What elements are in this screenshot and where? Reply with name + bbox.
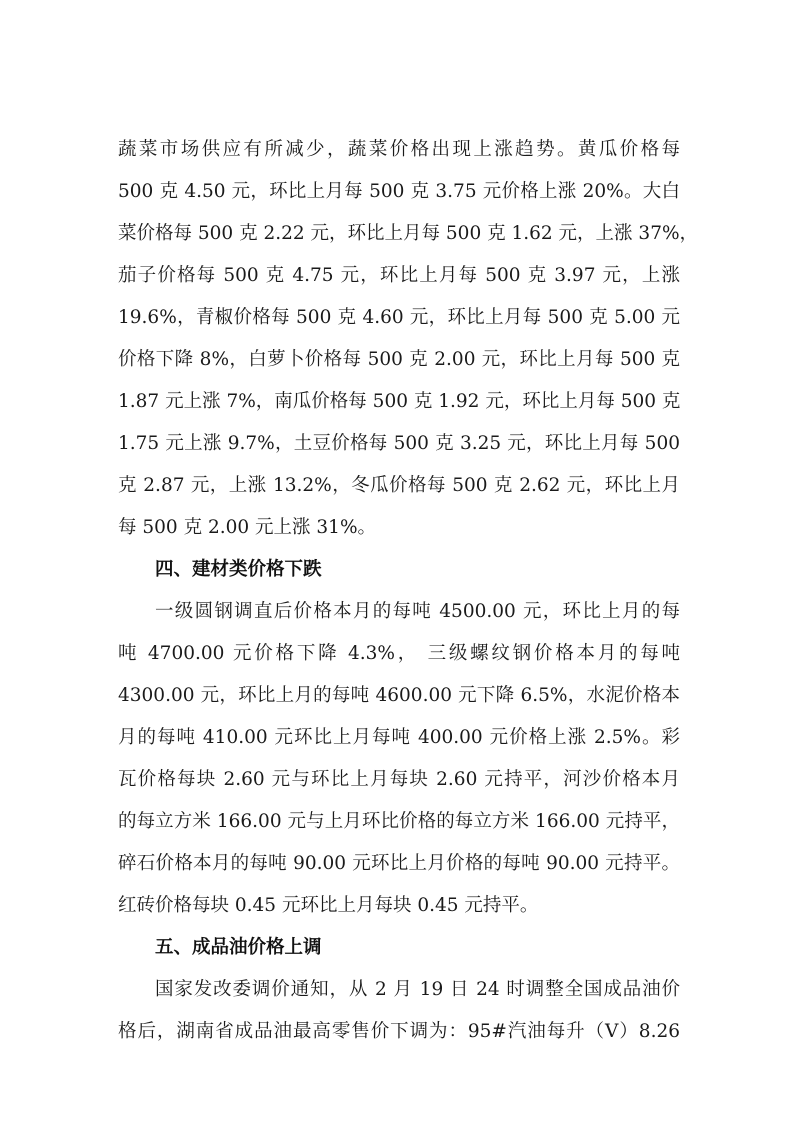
- text-line: 1.75 元上涨 9.7%，土豆价格每 500 克 3.25 元，环比上月每 5…: [118, 432, 680, 456]
- document-page: 蔬菜市场供应有所减少，蔬菜价格出现上涨趋势。黄瓜价格每 500 克 4.50 元…: [0, 0, 793, 1122]
- text-line: 每 500 克 2.00 元上涨 31%。: [118, 516, 680, 540]
- text-line: 月的每吨 410.00 元环比上月每吨 400.00 元价格上涨 2.5%。彩: [118, 726, 680, 750]
- section-heading-refined-oil: 五、成品油价格上调: [155, 936, 322, 960]
- text-line: 蔬菜市场供应有所减少，蔬菜价格出现上涨趋势。黄瓜价格每: [118, 138, 680, 162]
- text-line: 4300.00 元，环比上月的每吨 4600.00 元下降 6.5%，水泥价格本: [118, 684, 680, 708]
- section-heading-building-materials: 四、建材类价格下跌: [155, 558, 322, 582]
- text-line: 茄子价格每 500 克 4.75 元，环比上月每 500 克 3.97 元，上涨: [118, 264, 680, 288]
- text-line: 国家发改委调价通知，从 2 月 19 日 24 时调整全国成品油价: [155, 978, 680, 1002]
- text-line: 克 2.87 元，上涨 13.2%，冬瓜价格每 500 克 2.62 元，环比上…: [118, 474, 680, 498]
- text-line: 格后，湖南省成品油最高零售价下调为：95#汽油每升（V）8.26: [118, 1020, 680, 1044]
- text-line: 吨 4700.00 元价格下降 4.3%， 三级螺纹钢价格本月的每吨: [118, 642, 680, 666]
- text-line: 瓦价格每块 2.60 元与环比上月每块 2.60 元持平，河沙价格本月: [118, 768, 680, 792]
- text-line: 菜价格每 500 克 2.22 元，环比上月每 500 克 1.62 元，上涨 …: [118, 222, 680, 246]
- text-line: 价格下降 8%，白萝卜价格每 500 克 2.00 元，环比上月每 500 克: [118, 348, 680, 372]
- text-line: 一级圆钢调直后价格本月的每吨 4500.00 元，环比上月的每: [155, 600, 680, 624]
- text-line: 的每立方米 166.00 元与上月环比价格的每立方米 166.00 元持平，: [118, 810, 680, 834]
- text-line: 1.87 元上涨 7%，南瓜价格每 500 克 1.92 元，环比上月每 500…: [118, 390, 680, 414]
- text-line: 红砖价格每块 0.45 元环比上月每块 0.45 元持平。: [118, 894, 680, 918]
- text-line: 19.6%，青椒价格每 500 克 4.60 元，环比上月每 500 克 5.0…: [118, 306, 680, 330]
- text-line: 碎石价格本月的每吨 90.00 元环比上月价格的每吨 90.00 元持平。: [118, 852, 680, 876]
- text-line: 500 克 4.50 元，环比上月每 500 克 3.75 元价格上涨 20%。…: [118, 180, 680, 204]
